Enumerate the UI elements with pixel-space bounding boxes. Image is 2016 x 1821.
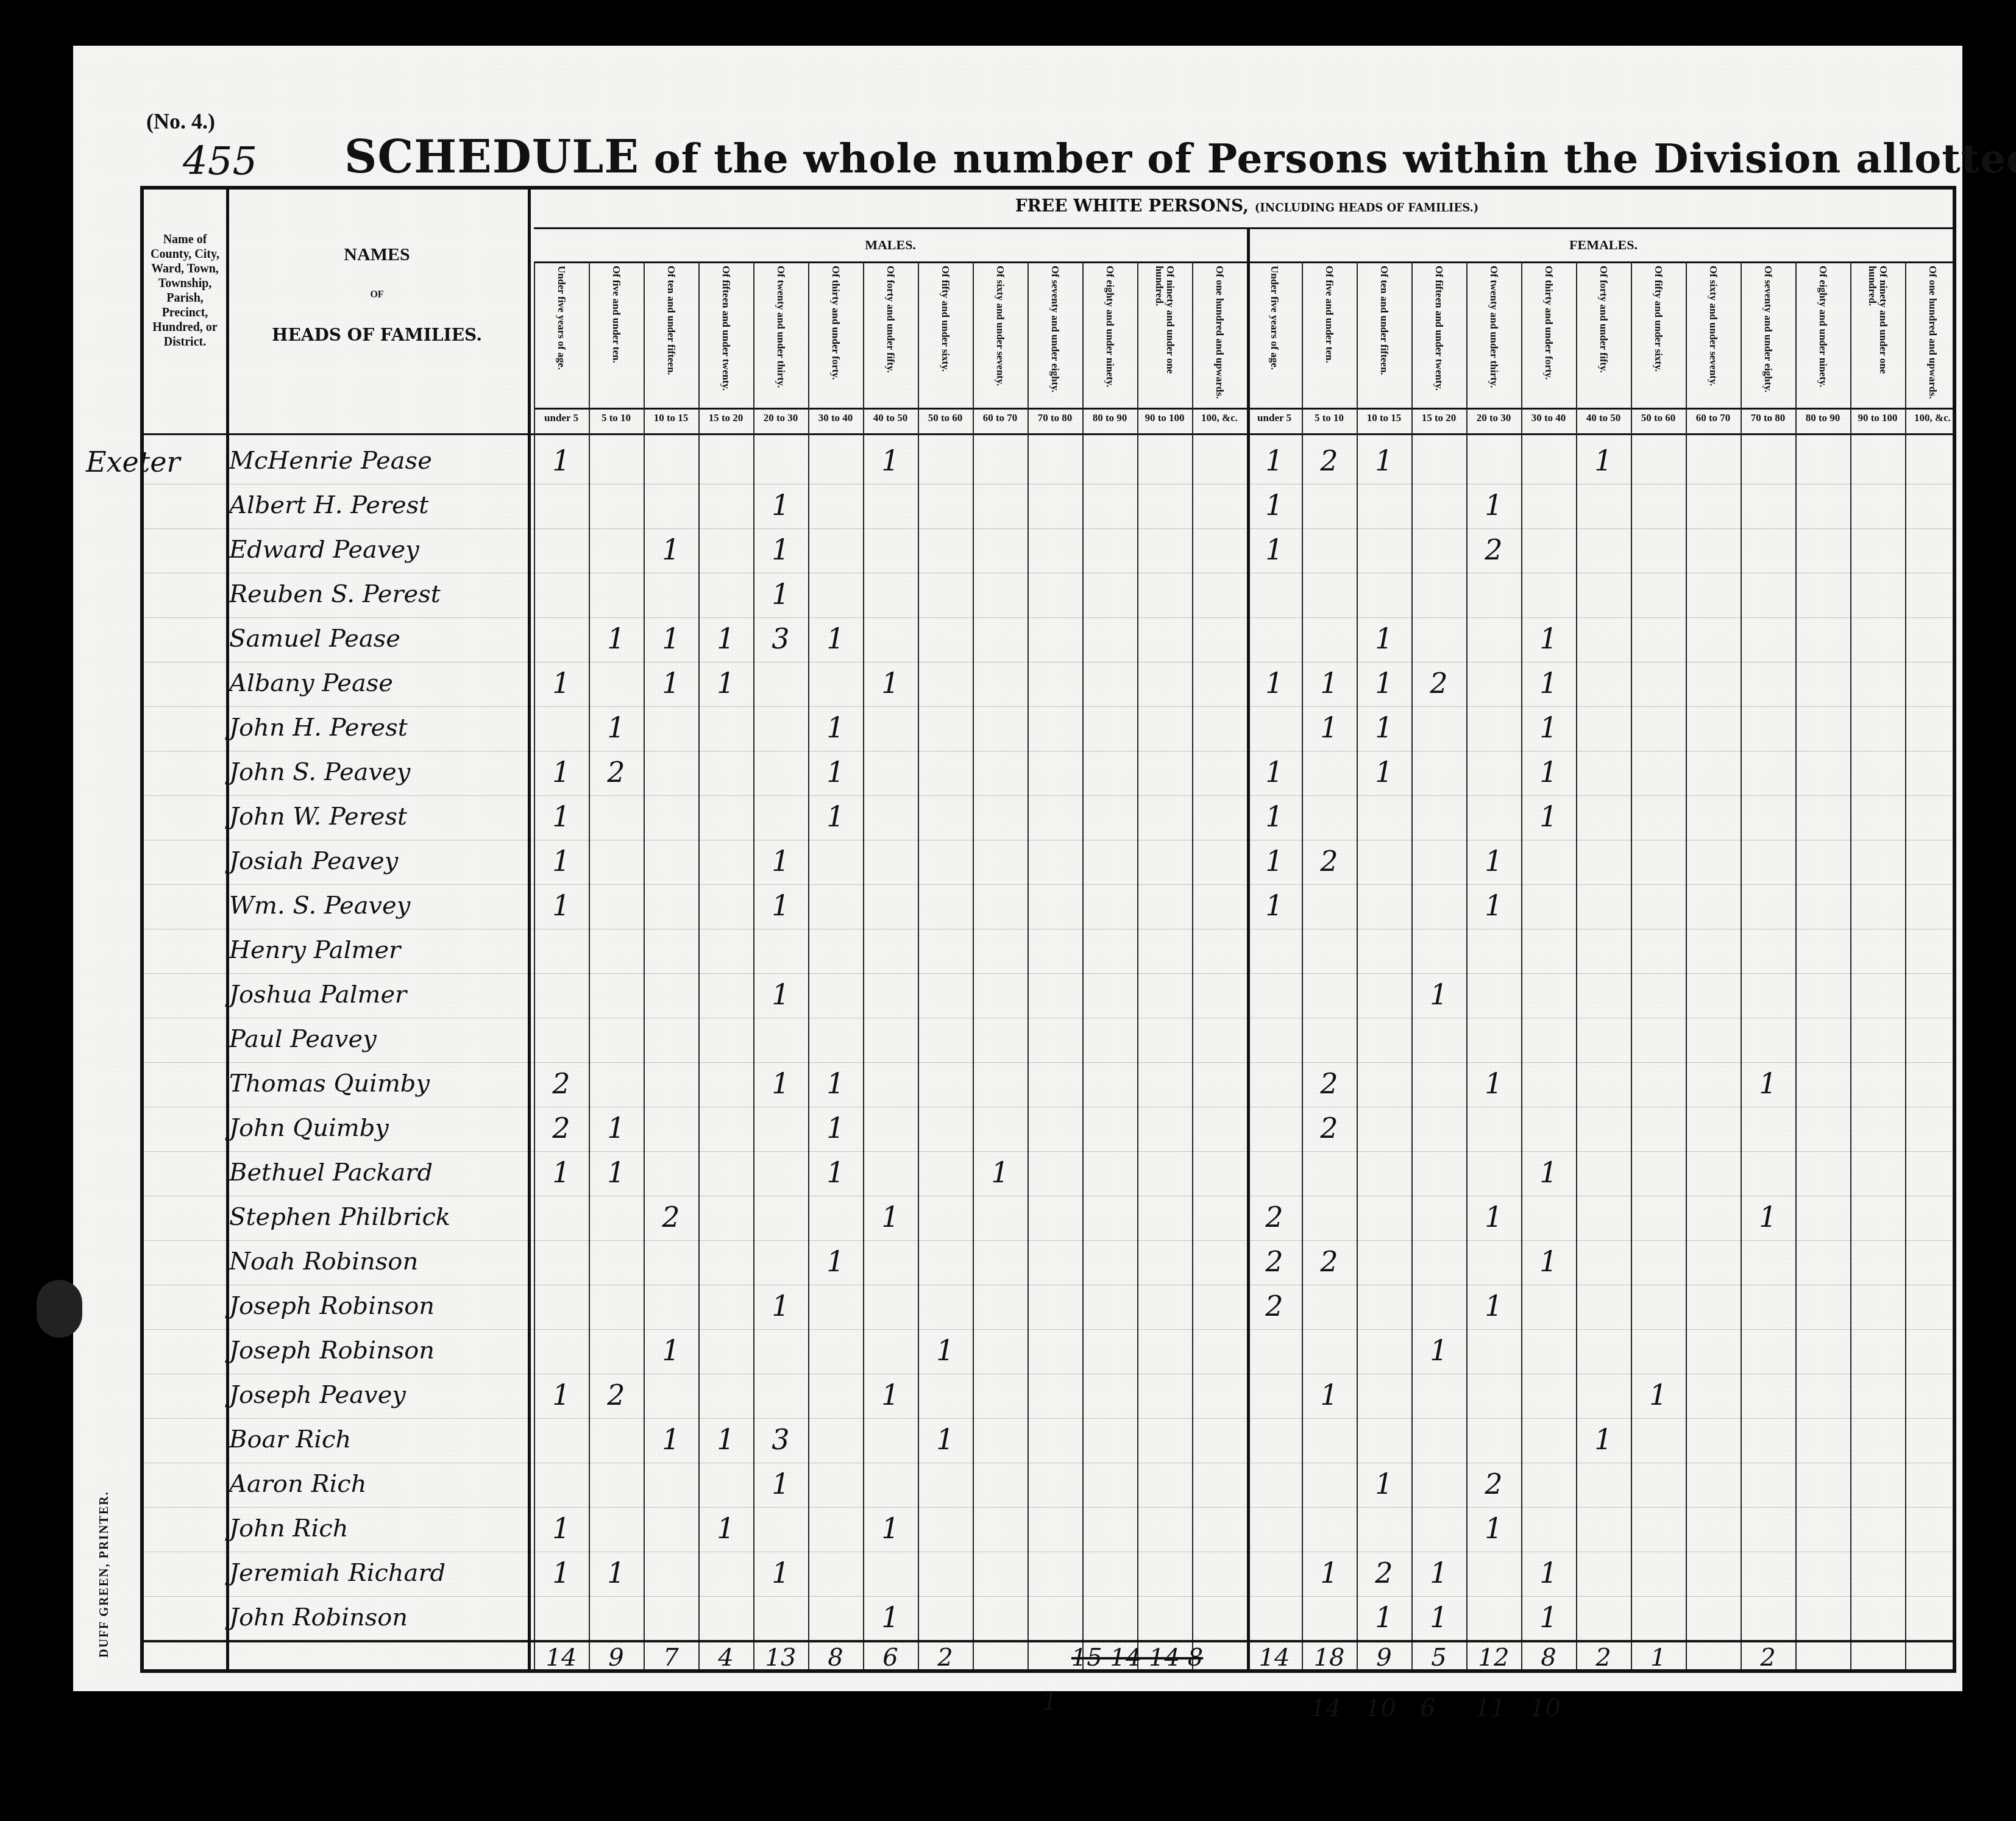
male-col-desc: Of fifty and under sixty. bbox=[918, 266, 973, 406]
table-row: Jeremiah Richard1111211 bbox=[144, 1552, 1953, 1597]
names-header-line2: OF bbox=[226, 289, 528, 300]
male-count-cell: 2 bbox=[589, 756, 644, 789]
female-count-cell: 1 bbox=[1302, 1379, 1357, 1411]
female-count-cell: 1 bbox=[1576, 444, 1631, 477]
female-count-cell: 1 bbox=[1357, 1468, 1411, 1500]
male-count-cell: 1 bbox=[589, 1156, 644, 1189]
female-total: 5 bbox=[1411, 1644, 1466, 1672]
head-of-family-name: John W. Perest bbox=[229, 803, 407, 831]
female-total: 9 bbox=[1357, 1644, 1411, 1672]
table-row: Aaron Rich112 bbox=[144, 1463, 1953, 1508]
female-count-cell: 1 bbox=[1466, 1067, 1521, 1100]
female-count-cell: 1 bbox=[1247, 800, 1302, 833]
male-count-cell: 1 bbox=[644, 622, 698, 655]
male-count-cell: 1 bbox=[753, 845, 808, 878]
male-count-cell: 1 bbox=[808, 1112, 863, 1145]
head-of-family-name: Joseph Robinson bbox=[229, 1292, 435, 1320]
male-count-cell: 1 bbox=[863, 1379, 918, 1411]
female-count-cell: 2 bbox=[1466, 1468, 1521, 1500]
male-count-cell: 1 bbox=[863, 444, 918, 477]
female-count-cell: 2 bbox=[1247, 1290, 1302, 1322]
female-count-cell: 2 bbox=[1247, 1201, 1302, 1234]
female-count-cell: 1 bbox=[1247, 756, 1302, 789]
female-count-cell: 1 bbox=[1466, 889, 1521, 922]
male-count-cell: 1 bbox=[863, 1601, 918, 1634]
female-total: 2 bbox=[1741, 1644, 1795, 1672]
county-header: Name of County, City, Ward, Town, Townsh… bbox=[144, 232, 226, 349]
table-row: Stephen Philbrick21211 bbox=[144, 1196, 1953, 1241]
male-count-cell: 1 bbox=[534, 667, 589, 700]
female-count-cell: 1 bbox=[1247, 444, 1302, 477]
male-col-desc: Of forty and under fifty. bbox=[863, 266, 918, 406]
male-count-cell: 1 bbox=[808, 622, 863, 655]
male-col-desc: Of fifteen and under twenty. bbox=[698, 266, 753, 406]
male-col-desc: Of five and under ten. bbox=[589, 266, 644, 406]
female-count-cell: 2 bbox=[1302, 444, 1357, 477]
male-total: 2 bbox=[918, 1644, 973, 1672]
male-age-label: 60 to 70 bbox=[973, 412, 1028, 424]
names-header-line3: HEADS OF FAMILIES. bbox=[226, 325, 528, 345]
head-of-family-name: Joseph Peavey bbox=[229, 1381, 406, 1409]
female-count-cell: 1 bbox=[1631, 1379, 1686, 1411]
male-count-cell: 1 bbox=[753, 578, 808, 611]
head-of-family-name: Noah Robinson bbox=[229, 1248, 418, 1276]
female-count-cell: 1 bbox=[1247, 845, 1302, 878]
female-count-cell: 1 bbox=[1411, 1334, 1466, 1367]
table-row: Edward Peavey1112 bbox=[144, 528, 1953, 573]
females-header: FEMALES. bbox=[1247, 237, 1960, 253]
head-of-family-name: Albany Pease bbox=[229, 669, 393, 697]
group-subtitle: (INCLUDING HEADS OF FAMILIES.) bbox=[1255, 202, 1478, 215]
title-rest: of the whole number of Persons within th… bbox=[654, 135, 2016, 182]
table-row: John Robinson1111 bbox=[144, 1596, 1953, 1641]
male-count-cell: 1 bbox=[808, 800, 863, 833]
table-row: John Rich1111 bbox=[144, 1507, 1953, 1552]
male-count-cell: 1 bbox=[534, 1512, 589, 1545]
female-count-cell: 1 bbox=[1521, 711, 1576, 744]
male-count-cell: 1 bbox=[589, 711, 644, 744]
male-count-cell: 1 bbox=[808, 756, 863, 789]
struck-totals: 15 14 14 8 bbox=[1028, 1644, 1247, 1672]
county-value: Exeter bbox=[86, 445, 180, 478]
female-age-label: 60 to 70 bbox=[1686, 412, 1741, 424]
head-of-family-name: Josiah Peavey bbox=[229, 847, 398, 875]
table-row: Joseph Robinson111 bbox=[144, 1329, 1953, 1374]
table-row: Joseph Peavey12111 bbox=[144, 1374, 1953, 1419]
table-row: Thomas Quimby211211 bbox=[144, 1062, 1953, 1107]
table-row: Joseph Robinson121 bbox=[144, 1285, 1953, 1330]
male-age-label: 100, &c. bbox=[1192, 412, 1247, 424]
male-col-desc: Of thirty and under forty. bbox=[808, 266, 863, 406]
female-age-label: 30 to 40 bbox=[1521, 412, 1576, 424]
female-count-cell: 1 bbox=[1357, 622, 1411, 655]
female-count-cell: 1 bbox=[1411, 1557, 1466, 1589]
head-of-family-name: Joseph Robinson bbox=[229, 1336, 435, 1365]
below-line-figure: 11 bbox=[1475, 1694, 1506, 1722]
head-of-family-name: Bethuel Packard bbox=[229, 1159, 433, 1187]
male-count-cell: 1 bbox=[753, 889, 808, 922]
title-word: SCHEDULE bbox=[344, 131, 639, 183]
males-header: MALES. bbox=[534, 237, 1247, 253]
male-count-cell: 1 bbox=[698, 1423, 753, 1456]
female-count-cell: 1 bbox=[1302, 711, 1357, 744]
female-count-cell: 1 bbox=[1247, 667, 1302, 700]
female-col-desc: Of ninety and under one hundred. bbox=[1850, 266, 1905, 406]
female-col-desc: Of fifteen and under twenty. bbox=[1411, 266, 1466, 406]
female-total: 1 bbox=[1631, 1644, 1686, 1672]
male-count-cell: 1 bbox=[753, 1557, 808, 1589]
male-count-cell: 2 bbox=[534, 1112, 589, 1145]
male-count-cell: 1 bbox=[808, 1067, 863, 1100]
head-of-family-name: Jeremiah Richard bbox=[229, 1559, 445, 1587]
female-count-cell: 1 bbox=[1576, 1423, 1631, 1456]
female-count-cell: 1 bbox=[1521, 800, 1576, 833]
below-line-figure: 1 bbox=[1042, 1688, 1057, 1716]
male-count-cell: 1 bbox=[753, 1468, 808, 1500]
female-col-desc: Of thirty and under forty. bbox=[1521, 266, 1576, 406]
head-of-family-name: Albert H. Perest bbox=[229, 491, 428, 519]
table-row: ExeterMcHenrie Pease111211 bbox=[144, 439, 1953, 485]
male-count-cell: 1 bbox=[698, 622, 753, 655]
female-age-label: 40 to 50 bbox=[1576, 412, 1631, 424]
head-of-family-name: Joshua Palmer bbox=[229, 981, 406, 1009]
group-title: FREE WHITE PERSONS, bbox=[1015, 196, 1249, 216]
female-count-cell: 1 bbox=[1357, 1601, 1411, 1634]
female-col-desc: Of forty and under fifty. bbox=[1576, 266, 1631, 406]
names-header: NAMES OF HEADS OF FAMILIES. bbox=[226, 244, 528, 345]
female-count-cell: 1 bbox=[1521, 1245, 1576, 1278]
male-count-cell: 1 bbox=[918, 1423, 973, 1456]
page-number: 455 bbox=[183, 139, 257, 184]
female-col-desc: Of twenty and under thirty. bbox=[1466, 266, 1521, 406]
male-age-label: 10 to 15 bbox=[644, 412, 698, 424]
female-total: 14 bbox=[1247, 1644, 1302, 1672]
female-count-cell: 2 bbox=[1247, 1245, 1302, 1278]
male-count-cell: 1 bbox=[589, 1112, 644, 1145]
male-count-cell: 1 bbox=[808, 1156, 863, 1189]
male-count-cell: 2 bbox=[644, 1201, 698, 1234]
male-col-desc: Of eighty and under ninety. bbox=[1082, 266, 1137, 406]
male-count-cell: 1 bbox=[973, 1156, 1028, 1189]
female-total: 2 bbox=[1576, 1644, 1631, 1672]
female-count-cell: 1 bbox=[1521, 756, 1576, 789]
below-line-figure: 6 bbox=[1420, 1694, 1435, 1722]
table-row: Henry Palmer bbox=[144, 929, 1953, 974]
male-count-cell: 1 bbox=[534, 1156, 589, 1189]
female-count-cell: 1 bbox=[1411, 978, 1466, 1011]
head-of-family-name: John Robinson bbox=[229, 1603, 408, 1631]
female-count-cell: 2 bbox=[1411, 667, 1466, 700]
male-count-cell: 1 bbox=[863, 1512, 918, 1545]
male-total: 4 bbox=[698, 1644, 753, 1672]
female-age-label: 5 to 10 bbox=[1302, 412, 1357, 424]
female-count-cell: 1 bbox=[1247, 489, 1302, 522]
female-col-desc: Of seventy and under eighty. bbox=[1741, 266, 1795, 406]
schedule-title: SCHEDULE of the whole number of Persons … bbox=[344, 131, 2016, 183]
census-table: Name of County, City, Ward, Town, Townsh… bbox=[140, 186, 1956, 1673]
below-line-figure: 10 bbox=[1365, 1694, 1396, 1722]
female-count-cell: 1 bbox=[1466, 1201, 1521, 1234]
male-col-desc: Of ninety and under one hundred. bbox=[1137, 266, 1192, 406]
head-of-family-name: Wm. S. Peavey bbox=[229, 892, 410, 920]
male-total: 14 bbox=[534, 1644, 589, 1672]
female-col-desc: Under five years of age. bbox=[1247, 266, 1302, 406]
table-row: John H. Perest11111 bbox=[144, 706, 1953, 751]
head-of-family-name: John Quimby bbox=[229, 1114, 389, 1142]
female-count-cell: 1 bbox=[1302, 1557, 1357, 1589]
female-count-cell: 2 bbox=[1302, 1112, 1357, 1145]
male-col-desc: Of ten and under fifteen. bbox=[644, 266, 698, 406]
head-of-family-name: Samuel Pease bbox=[229, 625, 400, 653]
head-of-family-name: Paul Peavey bbox=[229, 1025, 377, 1053]
male-count-cell: 1 bbox=[863, 1201, 918, 1234]
female-count-cell: 1 bbox=[1302, 667, 1357, 700]
male-count-cell: 1 bbox=[534, 845, 589, 878]
male-count-cell: 1 bbox=[534, 756, 589, 789]
head-of-family-name: McHenrie Pease bbox=[229, 447, 432, 475]
female-count-cell: 2 bbox=[1466, 533, 1521, 566]
female-count-cell: 2 bbox=[1302, 845, 1357, 878]
totals-row: 149741386214189512821215 14 14 8 bbox=[144, 1640, 1953, 1676]
male-count-cell: 1 bbox=[534, 800, 589, 833]
scan-shadow bbox=[0, 1706, 2016, 1821]
female-count-cell: 1 bbox=[1357, 756, 1411, 789]
male-age-label: 90 to 100 bbox=[1137, 412, 1192, 424]
female-total: 12 bbox=[1466, 1644, 1521, 1672]
table-row: John W. Perest1111 bbox=[144, 795, 1953, 840]
male-count-cell: 1 bbox=[589, 622, 644, 655]
names-header-line1: NAMES bbox=[226, 244, 528, 265]
female-count-cell: 1 bbox=[1247, 533, 1302, 566]
female-count-cell: 1 bbox=[1466, 1512, 1521, 1545]
male-count-cell: 1 bbox=[644, 533, 698, 566]
male-count-cell: 3 bbox=[753, 622, 808, 655]
male-count-cell: 1 bbox=[753, 978, 808, 1011]
table-row: Noah Robinson1221 bbox=[144, 1240, 1953, 1285]
female-total: 8 bbox=[1521, 1644, 1576, 1672]
head-of-family-name: Henry Palmer bbox=[229, 936, 400, 964]
male-age-label: 20 to 30 bbox=[753, 412, 808, 424]
male-age-label: 70 to 80 bbox=[1028, 412, 1082, 424]
head-of-family-name: Stephen Philbrick bbox=[229, 1203, 450, 1231]
male-count-cell: 1 bbox=[698, 1512, 753, 1545]
female-col-desc: Of one hundred and upwards. bbox=[1905, 266, 1960, 406]
female-age-label: under 5 bbox=[1247, 412, 1302, 424]
male-count-cell: 2 bbox=[534, 1067, 589, 1100]
table-row: John S. Peavey121111 bbox=[144, 751, 1953, 796]
female-count-cell: 1 bbox=[1741, 1201, 1795, 1234]
male-col-desc: Of one hundred and upwards. bbox=[1192, 266, 1247, 406]
male-count-cell: 1 bbox=[753, 489, 808, 522]
table-row: Reuben S. Perest1 bbox=[144, 573, 1953, 618]
female-age-label: 100, &c. bbox=[1905, 412, 1960, 424]
table-row: Albany Pease111111121 bbox=[144, 662, 1953, 707]
male-count-cell: 1 bbox=[753, 533, 808, 566]
male-count-cell: 1 bbox=[863, 667, 918, 700]
head-of-family-name: John Rich bbox=[229, 1514, 348, 1542]
female-count-cell: 1 bbox=[1466, 845, 1521, 878]
female-col-desc: Of fifty and under sixty. bbox=[1631, 266, 1686, 406]
female-count-cell: 1 bbox=[1521, 622, 1576, 655]
male-col-desc: Under five years of age. bbox=[534, 266, 589, 406]
below-line-figure: 14 bbox=[1310, 1694, 1341, 1722]
table-row: Joshua Palmer11 bbox=[144, 973, 1953, 1018]
head-of-family-name: Thomas Quimby bbox=[229, 1070, 430, 1098]
female-count-cell: 2 bbox=[1357, 1557, 1411, 1589]
female-count-cell: 1 bbox=[1411, 1601, 1466, 1634]
male-count-cell: 1 bbox=[534, 444, 589, 477]
male-count-cell: 1 bbox=[644, 1334, 698, 1367]
male-count-cell: 1 bbox=[808, 711, 863, 744]
male-count-cell: 1 bbox=[753, 1067, 808, 1100]
male-count-cell: 1 bbox=[534, 1557, 589, 1589]
male-age-label: 15 to 20 bbox=[698, 412, 753, 424]
table-row: Bethuel Packard11111 bbox=[144, 1151, 1953, 1196]
male-total: 6 bbox=[863, 1644, 918, 1672]
male-count-cell: 1 bbox=[698, 667, 753, 700]
male-count-cell: 1 bbox=[644, 667, 698, 700]
male-col-desc: Of twenty and under thirty. bbox=[753, 266, 808, 406]
female-age-label: 10 to 15 bbox=[1357, 412, 1411, 424]
male-total: 13 bbox=[753, 1644, 808, 1672]
male-count-cell: 1 bbox=[589, 1557, 644, 1589]
table-row: Josiah Peavey11121 bbox=[144, 840, 1953, 885]
table-row: Paul Peavey bbox=[144, 1018, 1953, 1063]
printer-credit: DUFF GREEN, PRINTER. bbox=[98, 1491, 112, 1658]
free-white-persons-header: FREE WHITE PERSONS, (INCLUDING HEADS OF … bbox=[534, 196, 1960, 216]
female-count-cell: 1 bbox=[1521, 1156, 1576, 1189]
head-of-family-name: Reuben S. Perest bbox=[229, 580, 441, 608]
male-count-cell: 1 bbox=[534, 1379, 589, 1411]
female-count-cell: 1 bbox=[1357, 667, 1411, 700]
female-count-cell: 1 bbox=[1521, 667, 1576, 700]
male-col-desc: Of seventy and under eighty. bbox=[1028, 266, 1082, 406]
female-col-desc: Of five and under ten. bbox=[1302, 266, 1357, 406]
table-row: Boar Rich11311 bbox=[144, 1418, 1953, 1463]
female-age-label: 80 to 90 bbox=[1795, 412, 1850, 424]
male-count-cell: 1 bbox=[753, 1290, 808, 1322]
male-age-label: 50 to 60 bbox=[918, 412, 973, 424]
table-row: John Quimby2112 bbox=[144, 1107, 1953, 1152]
female-total: 18 bbox=[1302, 1644, 1357, 1672]
male-count-cell: 1 bbox=[808, 1245, 863, 1278]
table-row: Samuel Pease1113111 bbox=[144, 617, 1953, 662]
male-count-cell: 3 bbox=[753, 1423, 808, 1456]
male-age-label: 40 to 50 bbox=[863, 412, 918, 424]
female-age-label: 20 to 30 bbox=[1466, 412, 1521, 424]
female-count-cell: 1 bbox=[1466, 489, 1521, 522]
head-of-family-name: Boar Rich bbox=[229, 1425, 351, 1454]
male-age-label: 5 to 10 bbox=[589, 412, 644, 424]
head-of-family-name: Aaron Rich bbox=[229, 1470, 367, 1498]
female-age-label: 70 to 80 bbox=[1741, 412, 1795, 424]
form-number: (No. 4.) bbox=[146, 108, 215, 134]
female-col-desc: Of eighty and under ninety. bbox=[1795, 266, 1850, 406]
male-count-cell: 2 bbox=[589, 1379, 644, 1411]
head-of-family-name: Edward Peavey bbox=[229, 536, 419, 564]
female-count-cell: 1 bbox=[1357, 444, 1411, 477]
female-count-cell: 2 bbox=[1302, 1245, 1357, 1278]
head-of-family-name: John H. Perest bbox=[229, 714, 408, 742]
table-row: Albert H. Perest111 bbox=[144, 484, 1953, 529]
male-age-label: under 5 bbox=[534, 412, 589, 424]
female-count-cell: 1 bbox=[1741, 1067, 1795, 1100]
female-count-cell: 2 bbox=[1302, 1067, 1357, 1100]
female-col-desc: Of sixty and under seventy. bbox=[1686, 266, 1741, 406]
female-age-label: 90 to 100 bbox=[1850, 412, 1905, 424]
female-age-label: 50 to 60 bbox=[1631, 412, 1686, 424]
female-count-cell: 1 bbox=[1357, 711, 1411, 744]
male-age-label: 80 to 90 bbox=[1082, 412, 1137, 424]
male-col-desc: Of sixty and under seventy. bbox=[973, 266, 1028, 406]
binder-clip bbox=[37, 1280, 82, 1338]
table-row: Wm. S. Peavey1111 bbox=[144, 884, 1953, 929]
head-of-family-name: John S. Peavey bbox=[229, 758, 410, 786]
female-col-desc: Of ten and under fifteen. bbox=[1357, 266, 1411, 406]
male-count-cell: 1 bbox=[918, 1334, 973, 1367]
male-total: 8 bbox=[808, 1644, 863, 1672]
female-count-cell: 1 bbox=[1247, 889, 1302, 922]
female-count-cell: 1 bbox=[1466, 1290, 1521, 1322]
below-line-figure: 10 bbox=[1530, 1694, 1561, 1722]
male-total: 7 bbox=[644, 1644, 698, 1672]
male-count-cell: 1 bbox=[534, 889, 589, 922]
male-count-cell: 1 bbox=[644, 1423, 698, 1456]
male-age-label: 30 to 40 bbox=[808, 412, 863, 424]
male-total: 9 bbox=[589, 1644, 644, 1672]
female-count-cell: 1 bbox=[1521, 1601, 1576, 1634]
female-age-label: 15 to 20 bbox=[1411, 412, 1466, 424]
female-count-cell: 1 bbox=[1521, 1557, 1576, 1589]
